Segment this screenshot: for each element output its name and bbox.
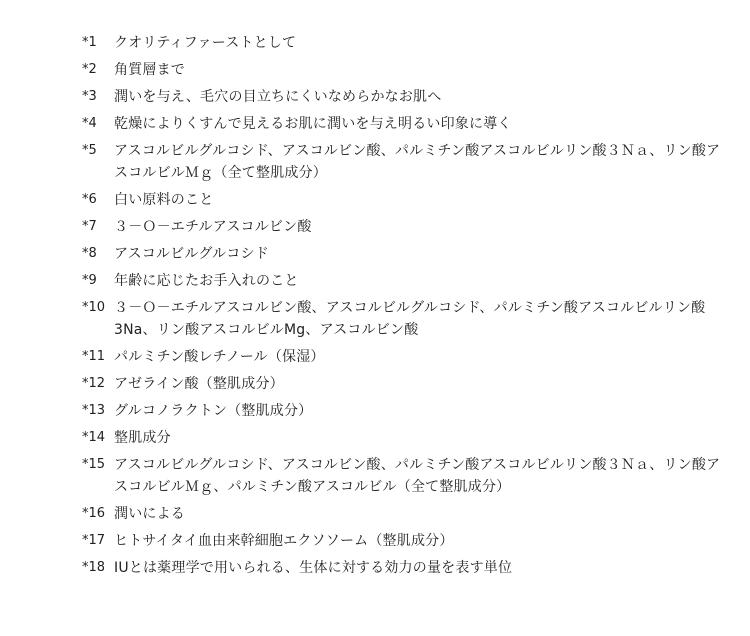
footnote-item: *8アスコルビルグルコシド bbox=[82, 243, 722, 265]
footnote-mark: *18 bbox=[82, 557, 114, 579]
footnote-mark: *13 bbox=[82, 400, 114, 422]
footnote-mark: *12 bbox=[82, 373, 114, 395]
footnote-mark: *17 bbox=[82, 530, 114, 552]
footnote-item: *12アゼライン酸（整肌成分） bbox=[82, 373, 722, 395]
footnote-mark: *14 bbox=[82, 427, 114, 449]
footnote-item: *17ヒトサイタイ血由来幹細胞エクソソーム（整肌成分） bbox=[82, 530, 722, 552]
footnote-text: ３－Ｏ－エチルアスコルビン酸 bbox=[114, 216, 722, 238]
footnote-item: *13グルコノラクトン（整肌成分） bbox=[82, 400, 722, 422]
footnote-mark: *16 bbox=[82, 503, 114, 525]
footnote-mark: *1 bbox=[82, 32, 114, 54]
footnote-item: *2角質層まで bbox=[82, 59, 722, 81]
footnote-text: IUとは薬理学で用いられる、生体に対する効力の量を表す単位 bbox=[114, 557, 722, 579]
footnote-item: *1クオリティファーストとして bbox=[82, 32, 722, 54]
footnote-text: 潤いによる bbox=[114, 503, 722, 525]
footnote-item: *5アスコルビルグルコシド、アスコルビン酸、パルミチン酸アスコルビルリン酸３Ｎａ… bbox=[82, 140, 722, 184]
footnote-text: ３－Ｏ－エチルアスコルビン酸、アスコルビルグルコシド、パルミチン酸アスコルビルリ… bbox=[114, 297, 722, 341]
footnote-item: *16潤いによる bbox=[82, 503, 722, 525]
footnote-mark: *2 bbox=[82, 59, 114, 81]
footnote-item: *4乾燥によりくすんで見えるお肌に潤いを与え明るい印象に導く bbox=[82, 113, 722, 135]
footnote-item: *10３－Ｏ－エチルアスコルビン酸、アスコルビルグルコシド、パルミチン酸アスコル… bbox=[82, 297, 722, 341]
footnote-mark: *4 bbox=[82, 113, 114, 135]
footnote-list: *1クオリティファーストとして *2角質層まで *3潤いを与え、毛穴の目立ちにく… bbox=[82, 32, 722, 584]
footnote-item: *11パルミチン酸レチノール（保湿） bbox=[82, 346, 722, 368]
footnote-mark: *9 bbox=[82, 270, 114, 292]
footnote-text: 潤いを与え、毛穴の目立ちにくいなめらかなお肌へ bbox=[114, 86, 722, 108]
footnote-mark: *10 bbox=[82, 297, 114, 319]
footnote-text: 乾燥によりくすんで見えるお肌に潤いを与え明るい印象に導く bbox=[114, 113, 722, 135]
footnote-mark: *7 bbox=[82, 216, 114, 238]
footnote-text: クオリティファーストとして bbox=[114, 32, 722, 54]
footnote-mark: *15 bbox=[82, 454, 114, 476]
footnote-text: 白い原料のこと bbox=[114, 189, 722, 211]
footnote-text: アスコルビルグルコシド bbox=[114, 243, 722, 265]
footnote-text: ヒトサイタイ血由来幹細胞エクソソーム（整肌成分） bbox=[114, 530, 722, 552]
footnote-item: *15アスコルビルグルコシド、アスコルビン酸、パルミチン酸アスコルビルリン酸３Ｎ… bbox=[82, 454, 722, 498]
footnote-text: グルコノラクトン（整肌成分） bbox=[114, 400, 722, 422]
footnote-mark: *5 bbox=[82, 140, 114, 162]
footnote-mark: *11 bbox=[82, 346, 114, 368]
footnote-text: パルミチン酸レチノール（保湿） bbox=[114, 346, 722, 368]
footnote-item: *3潤いを与え、毛穴の目立ちにくいなめらかなお肌へ bbox=[82, 86, 722, 108]
footnote-item: *6白い原料のこと bbox=[82, 189, 722, 211]
footnote-mark: *3 bbox=[82, 86, 114, 108]
footnote-text: 角質層まで bbox=[114, 59, 722, 81]
footnote-text: アスコルビルグルコシド、アスコルビン酸、パルミチン酸アスコルビルリン酸３Ｎａ、リ… bbox=[114, 454, 722, 498]
footnote-text: アゼライン酸（整肌成分） bbox=[114, 373, 722, 395]
footnote-mark: *8 bbox=[82, 243, 114, 265]
footnote-text: アスコルビルグルコシド、アスコルビン酸、パルミチン酸アスコルビルリン酸３Ｎａ、リ… bbox=[114, 140, 722, 184]
footnote-text: 年齢に応じたお手入れのこと bbox=[114, 270, 722, 292]
footnote-item: *9年齢に応じたお手入れのこと bbox=[82, 270, 722, 292]
footnote-item: *18IUとは薬理学で用いられる、生体に対する効力の量を表す単位 bbox=[82, 557, 722, 579]
footnote-item: *7３－Ｏ－エチルアスコルビン酸 bbox=[82, 216, 722, 238]
footnote-item: *14整肌成分 bbox=[82, 427, 722, 449]
footnote-mark: *6 bbox=[82, 189, 114, 211]
footnote-text: 整肌成分 bbox=[114, 427, 722, 449]
